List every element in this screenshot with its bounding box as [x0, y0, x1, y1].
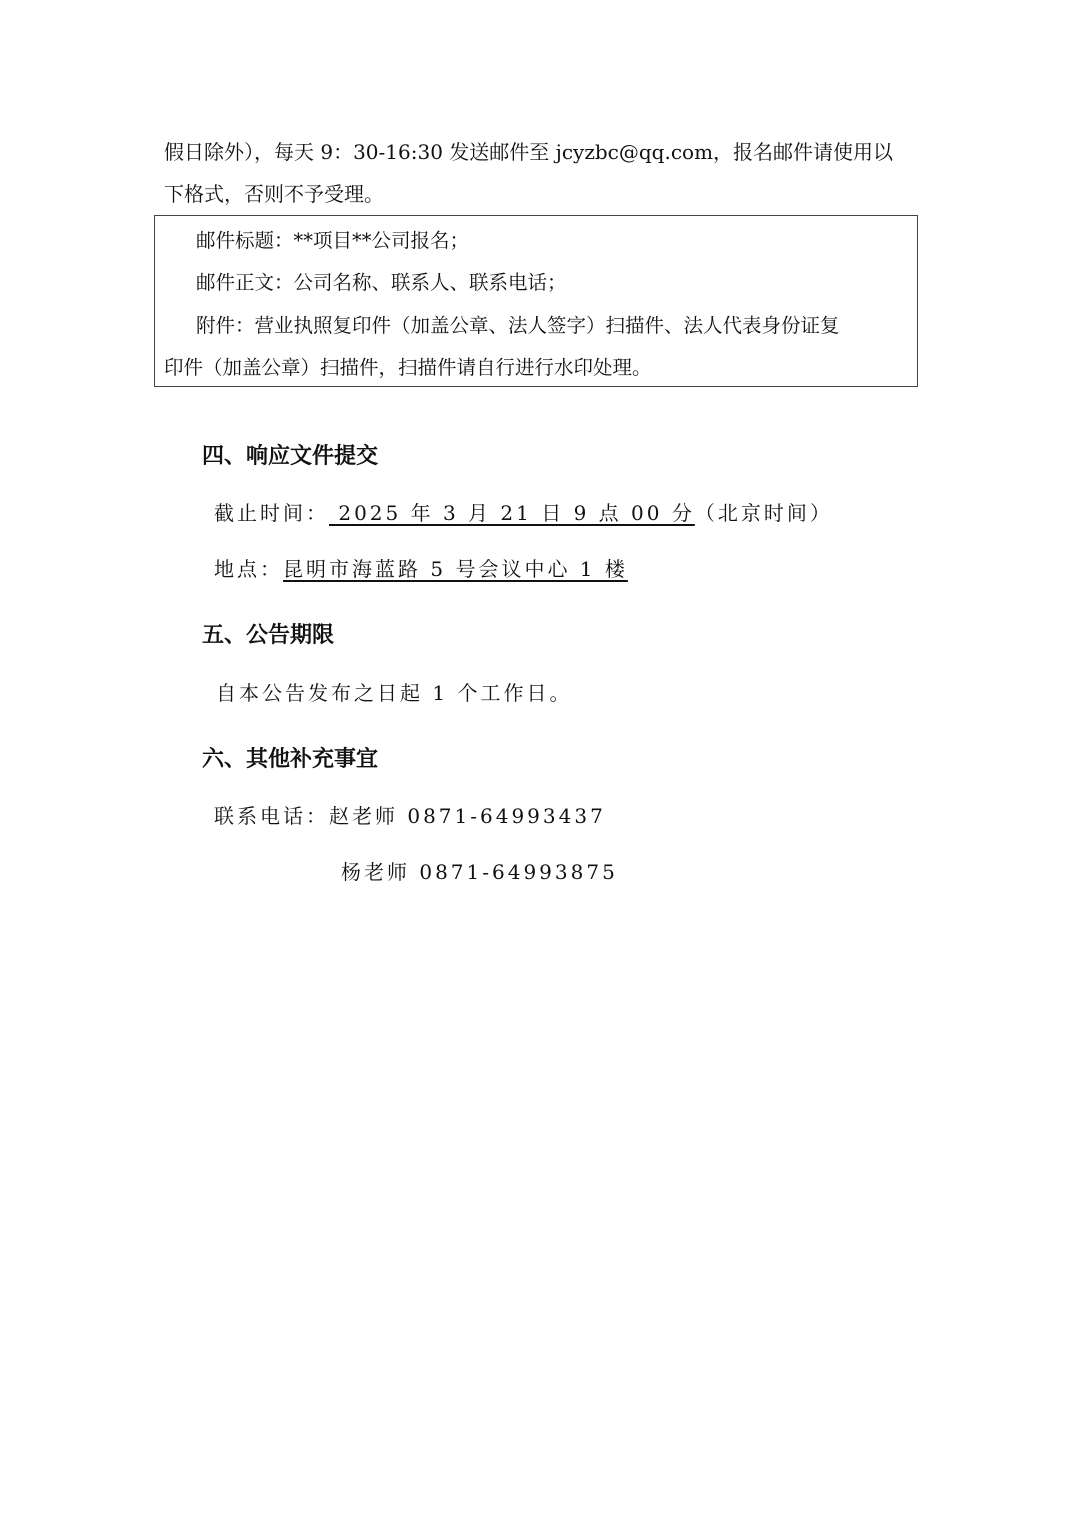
- intro-line-2: 下格式，否则不予受理。: [164, 180, 384, 208]
- email-subject-format: 邮件标题：**项目**公司报名；: [196, 227, 469, 255]
- contact-label: 联系电话：: [214, 804, 329, 828]
- email-body-format: 邮件正文：公司名称、联系人、联系电话；: [196, 269, 567, 297]
- email-attachment-format-2: 印件（加盖公章）扫描件，扫描件请自行进行水印处理。: [164, 354, 652, 382]
- section-4-title: 四、响应文件提交: [202, 442, 378, 472]
- location-label: 地点：: [214, 557, 283, 581]
- deadline-timezone: （北京时间）: [695, 501, 833, 525]
- section-6-title: 六、其他补充事宜: [202, 745, 378, 775]
- contact-zhao: 赵老师 0871-64993437: [329, 804, 606, 828]
- section-5-title: 五、公告期限: [202, 621, 334, 651]
- location-value: 昆明市海蓝路 5 号会议中心 1 楼: [283, 557, 628, 581]
- email-attachment-format-1: 附件：营业执照复印件（加盖公章、法人签字）扫描件、法人代表身份证复: [196, 312, 840, 340]
- intro-line-1: 假日除外），每天 9：30-16:30 发送邮件至 jcyzbc@qq.com，…: [164, 138, 893, 166]
- contact-yang: 杨老师 0871-64993875: [341, 858, 618, 886]
- deadline-row: 截止时间： 2025 年 3 月 21 日 9 点 00 分（北京时间）: [214, 499, 833, 527]
- email-format-box: 邮件标题：**项目**公司报名； 邮件正文：公司名称、联系人、联系电话； 附件：…: [154, 215, 918, 387]
- location-row: 地点：昆明市海蓝路 5 号会议中心 1 楼: [214, 555, 628, 583]
- deadline-label: 截止时间：: [214, 501, 329, 525]
- announcement-period-text: 自本公告发布之日起 1 个工作日。: [216, 679, 572, 707]
- deadline-value: 2025 年 3 月 21 日 9 点 00 分: [329, 501, 695, 525]
- contact-row-1: 联系电话：赵老师 0871-64993437: [214, 802, 606, 830]
